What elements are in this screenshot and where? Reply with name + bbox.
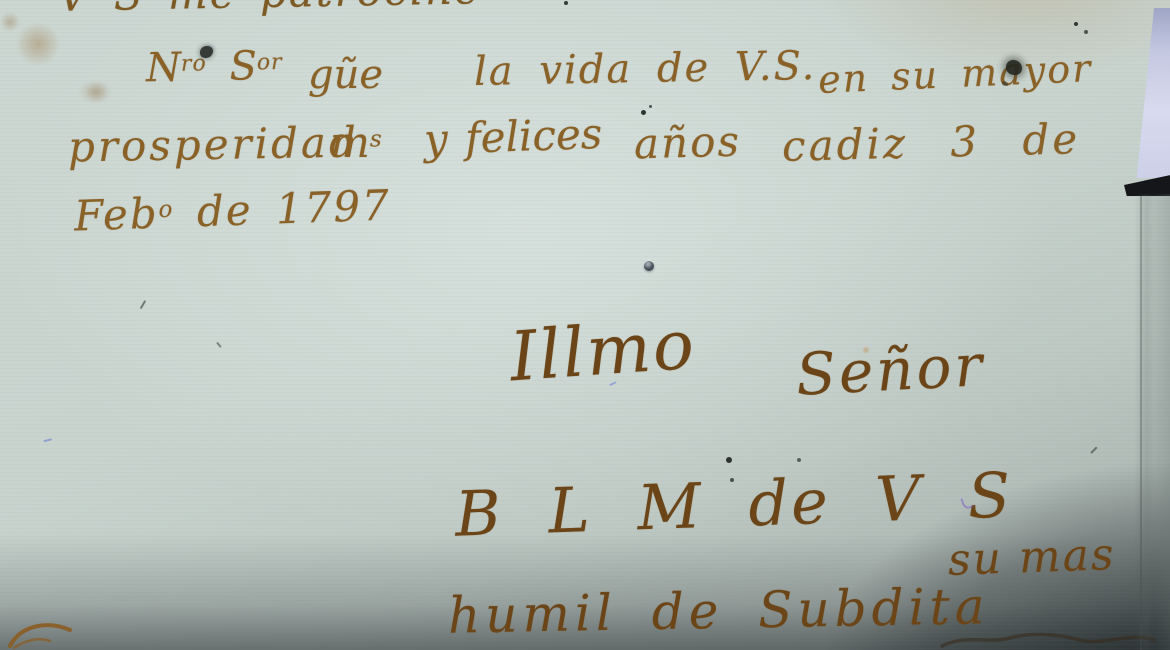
stain	[78, 80, 112, 104]
paper-hole	[644, 261, 654, 271]
year-1797: de 1797	[196, 180, 392, 236]
ink-blot	[1006, 60, 1022, 75]
handwriting-phrase-la-vida: la vida de V.S.	[474, 43, 817, 95]
abbrev-m: m	[330, 118, 370, 167]
handwriting-phrase-y-felices: y felices	[423, 109, 603, 164]
handwriting-abbrev-nuestro-senor: Nro Sor	[146, 43, 283, 91]
ink-speck	[726, 457, 732, 463]
handwriting-abbrev-muchos: ms	[330, 118, 383, 167]
handwriting-salutation-illmo: Illmo	[507, 306, 698, 398]
abbrev-febrero-superscript: o	[158, 197, 174, 224]
ink-speck	[641, 110, 646, 115]
ink-speck	[1074, 22, 1078, 26]
abbrev-m-superscript: s	[370, 127, 383, 153]
handwriting-salutation-senor: Señor	[794, 331, 986, 409]
handwriting-fragment-bottom-right	[940, 630, 1160, 650]
stain	[862, 346, 870, 354]
abbrev-s: S	[229, 43, 257, 89]
page-edge-crease	[1140, 196, 1142, 650]
handwriting-word-prosperidad: prosperidad	[68, 117, 360, 171]
abbrev-n: N	[146, 45, 182, 92]
abbrev-febrero: Feb	[73, 189, 159, 241]
handwriting-place-date: cadiz 3 de	[781, 114, 1080, 171]
handwriting-flourish-bottom-left	[6, 616, 78, 650]
abbrev-s-superscript: or	[257, 50, 283, 75]
handwriting-closing-humilde-subdita: humil de Subdita	[448, 577, 990, 644]
handwriting-word-anos: años	[633, 117, 741, 169]
manuscript-photo: V S me patrocine Nro Sor gũe la vida de …	[0, 0, 1170, 650]
handwriting-word-gue: gũe	[308, 52, 383, 98]
ink-speck	[564, 1, 568, 5]
